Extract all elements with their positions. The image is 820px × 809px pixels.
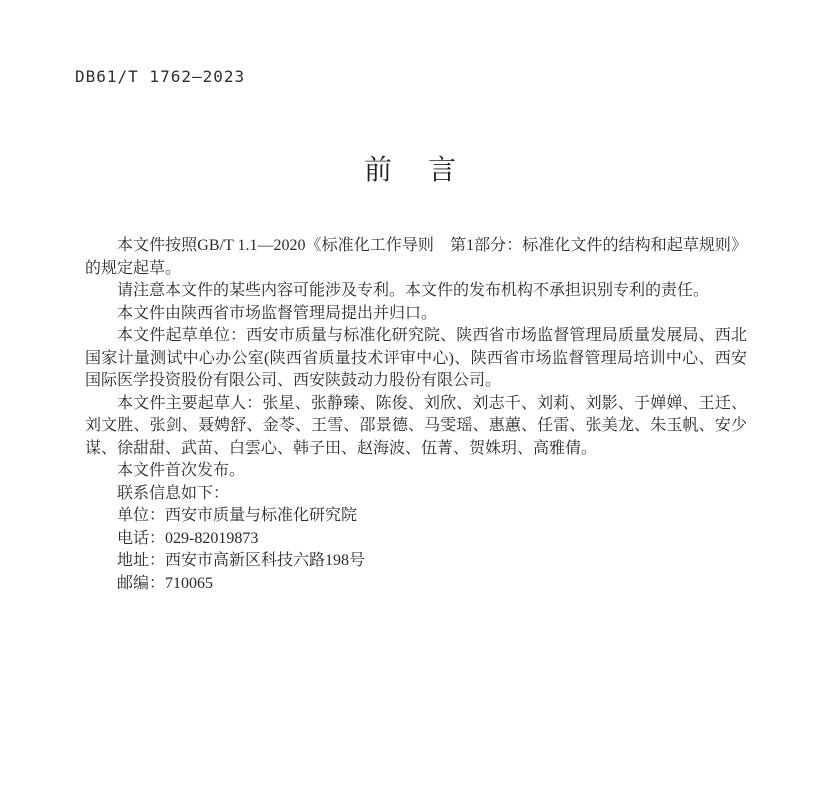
contact-postcode-line: 邮编：710065 — [85, 573, 747, 596]
standard-document-number: DB61/T 1762—2023 — [75, 67, 245, 86]
foreword-title-char-2: 言 — [428, 152, 456, 188]
contact-info-heading: 联系信息如下： — [85, 483, 747, 506]
paragraph-proposing-authority: 本文件由陕西省市场监督管理局提出并归口。 — [85, 303, 747, 326]
paragraph-drafting-basis: 本文件按照GB/T 1.1—2020《标准化工作导则 第1部分：标准化文件的结构… — [85, 235, 747, 280]
foreword-title: 前 言 — [0, 152, 820, 188]
foreword-title-char-1: 前 — [364, 152, 392, 188]
contact-address-line: 地址：西安市高新区科技六路198号 — [85, 550, 747, 573]
document-page: DB61/T 1762—2023 前 言 本文件按照GB/T 1.1—2020《… — [0, 0, 820, 809]
paragraph-main-drafters: 本文件主要起草人：张星、张静臻、陈俊、刘欣、刘志千、刘莉、刘影、于婵婵、王迁、刘… — [85, 393, 747, 461]
contact-unit-line: 单位：西安市质量与标准化研究院 — [85, 505, 747, 528]
foreword-body: 本文件按照GB/T 1.1—2020《标准化工作导则 第1部分：标准化文件的结构… — [85, 235, 747, 595]
paragraph-drafting-units: 本文件起草单位：西安市质量与标准化研究院、陕西省市场监督管理局质量发展局、西北国… — [85, 325, 747, 393]
paragraph-patent-notice: 请注意本文件的某些内容可能涉及专利。本文件的发布机构不承担识别专利的责任。 — [85, 280, 747, 303]
contact-phone-line: 电话：029-82019873 — [85, 528, 747, 551]
paragraph-first-issue: 本文件首次发布。 — [85, 460, 747, 483]
